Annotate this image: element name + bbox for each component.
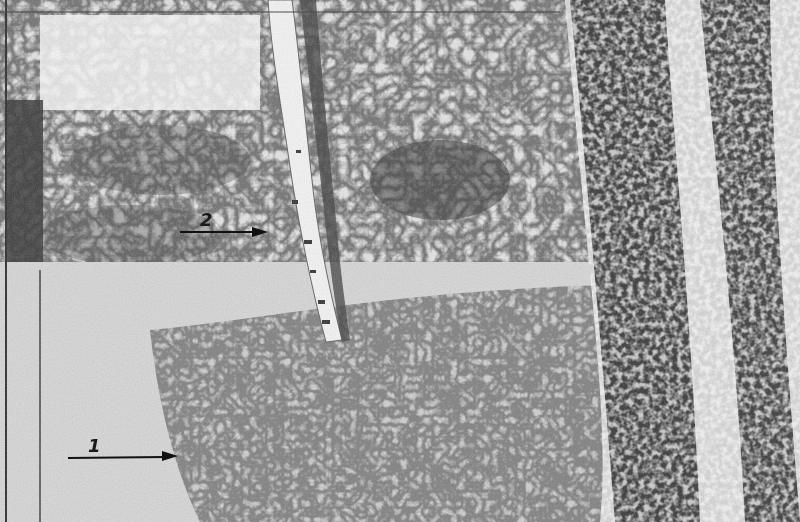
- annotation-label-2: 2: [200, 210, 213, 231]
- woodland-photograph: 2 1: [0, 0, 800, 522]
- annotation-label-1: 1: [88, 436, 101, 457]
